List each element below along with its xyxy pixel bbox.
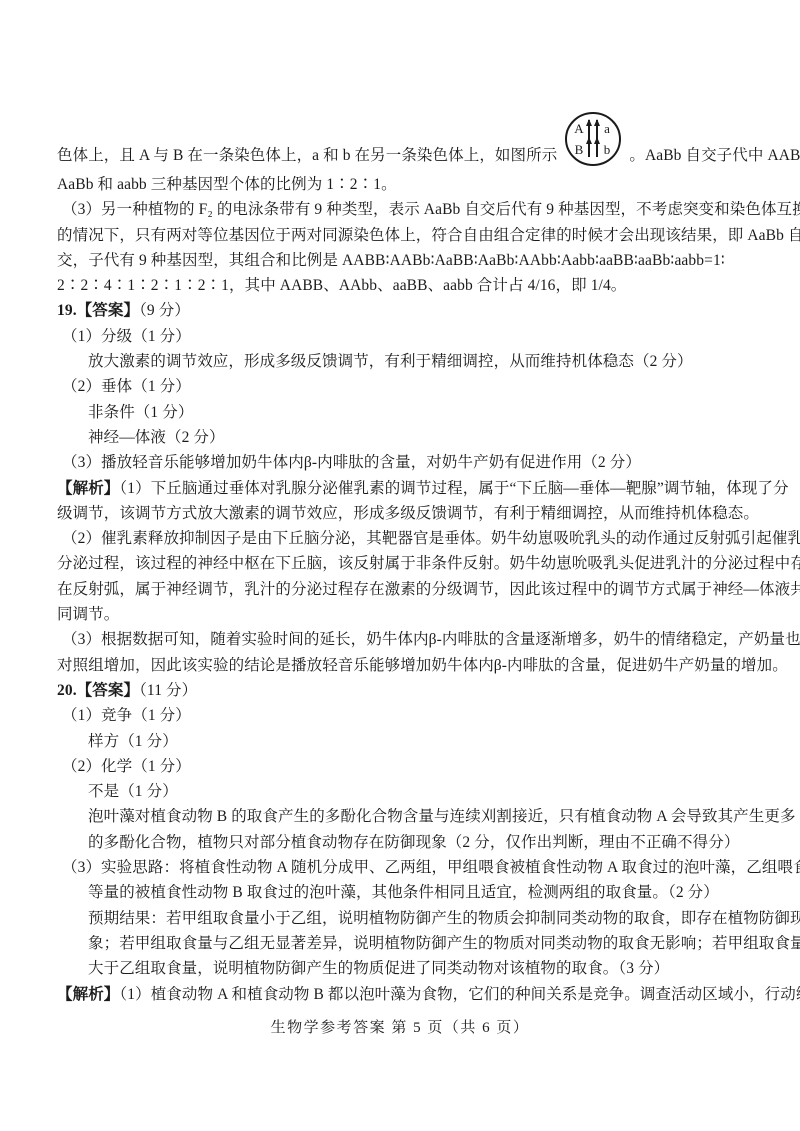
paragraph-line-with-diagram: 色体上，且 A 与 B 在一条染色体上，a 和 b 在另一条染色体上，如图所示 … [57, 110, 757, 168]
paragraph-line: 分泌过程，该过程的神经中枢在下丘脑，该反射属于非条件反射。奶牛幼崽吮吸乳头促进乳… [57, 551, 757, 576]
paragraph-line: 2∶2∶4∶1∶2∶1∶2∶1，其中 AABB、AAbb、aaBB、aabb 合… [57, 273, 757, 298]
paragraph-line: 预期结果：若甲组取食量小于乙组，说明植物防御产生的物质会抑制同类动物的取食，即存… [57, 906, 757, 931]
line-text: 色体上，且 A 与 B 在一条染色体上，a 和 b 在另一条染色体上，如图所示 [57, 144, 557, 168]
allele-label-a: a [604, 121, 610, 136]
paragraph-line: 样方（1 分） [57, 729, 757, 754]
document-content: 色体上，且 A 与 B 在一条染色体上，a 和 b 在另一条染色体上，如图所示 … [57, 110, 757, 1007]
document-page: 色体上，且 A 与 B 在一条染色体上，a 和 b 在另一条染色体上，如图所示 … [0, 0, 800, 1131]
paragraph-line: 不是（1 分） [57, 779, 757, 804]
paragraph-line: 的情况下，只有两对等位基因位于两对同源染色体上，符合自由组合定律的时候才会出现该… [57, 223, 757, 248]
allele-label-b: b [604, 142, 611, 157]
paragraph-line: （2）化学（1 分） [57, 754, 757, 779]
paragraph-line: （3）根据数据可知，随着实验时间的延长，奶牛体内β-内啡肽的含量逐渐增多，奶牛的… [57, 627, 757, 652]
section-label: 【解析】 [57, 986, 119, 1003]
paragraph-line: 泡叶藻对植食动物 B 的取食产生的多酚化合物含量与连续刈割接近，只有植食动物 A… [57, 804, 757, 829]
allele-label-A: A [575, 121, 585, 136]
section-label: 20.【答案】 [57, 682, 139, 699]
paragraph-line: 20.【答案】（11 分） [57, 678, 757, 703]
chromosome-cell-diagram: A B a b [563, 110, 623, 168]
page-footer: 生物学参考答案 第 5 页（共 6 页） [0, 1016, 800, 1037]
paragraph-line: 19.【答案】（9 分） [57, 298, 757, 323]
paragraph-line: 等量的被植食性动物 B 取食过的泡叶藻，其他条件相同且适宜，检测两组的取食量。（… [57, 880, 757, 905]
section-label: 19.【答案】 [57, 302, 139, 319]
paragraph-line: （1）竞争（1 分） [57, 703, 757, 728]
paragraph-line: 【解析】（1）下丘脑通过垂体对乳腺分泌催乳素的调节过程，属于“下丘脑—垂体—靶腺… [57, 476, 757, 501]
paragraph-line: （1）分级（1 分） [57, 324, 757, 349]
paragraph-line: 【解析】（1）植食动物 A 和植食动物 B 都以泡叶藻为食物，它们的种间关系是竞… [57, 982, 757, 1007]
paragraph-line: （2）垂体（1 分） [57, 374, 757, 399]
cell-diagram-svg: A B a b [563, 110, 623, 168]
paragraph-line: 级调节，该调节方式放大激素的调节效应，形成多级反馈调节，有利于精细调控，从而维持… [57, 501, 757, 526]
document-body: AaBb 和 aabb 三种基因型个体的比例为 1∶2∶1。（3）另一种植物的 … [57, 172, 757, 1007]
paragraph-line: 放大激素的调节效应，形成多级反馈调节，有利于精细调控，从而维持机体稳态（2 分） [57, 349, 757, 374]
allele-label-B: B [575, 142, 584, 157]
paragraph-line: 交，子代有 9 种基因型，其组合和比例是 AABB∶AABb∶AaBB∶AaBb… [57, 248, 757, 273]
section-label: 【解析】 [57, 480, 119, 497]
paragraph-line: 象；若甲组取食量与乙组无显著差异，说明植物防御产生的物质对同类动物的取食无影响；… [57, 931, 757, 956]
paragraph-line: （3）播放轻音乐能够增加奶牛体内β-内啡肽的含量，对奶牛产奶有促进作用（2 分） [57, 450, 757, 475]
paragraph-line: 同调节。 [57, 602, 757, 627]
paragraph-line: （3）实验思路：将植食性动物 A 随机分成甲、乙两组，甲组喂食被植食性动物 A … [57, 855, 757, 880]
paragraph-line: AaBb 和 aabb 三种基因型个体的比例为 1∶2∶1。 [57, 172, 757, 197]
paragraph-line: 神经—体液（2 分） [57, 425, 757, 450]
paragraph-line: （2）催乳素释放抑制因子是由下丘脑分泌，其靶器官是垂体。奶牛幼崽吸吮乳头的动作通… [57, 526, 757, 551]
paragraph-line: 非条件（1 分） [57, 400, 757, 425]
paragraph-line: 对照组增加，因此该实验的结论是播放轻音乐能够增加奶牛体内β-内啡肽的含量，促进奶… [57, 653, 757, 678]
line-text: 。AaBb 自交子代中 AABB、 [629, 144, 800, 168]
paragraph-line: 大于乙组取食量，说明植物防御产生的物质促进了同类动物对该植物的取食。（3 分） [57, 956, 757, 981]
paragraph-line: 在反射弧，属于神经调节，乳汁的分泌过程存在激素的分级调节，因此该过程中的调节方式… [57, 577, 757, 602]
paragraph-line: （3）另一种植物的 F₂ 的电泳条带有 9 种类型，表示 AaBb 自交后代有 … [57, 197, 757, 222]
paragraph-line: 的多酚化合物，植物只对部分植食动物存在防御现象（2 分，仅作出判断，理由不正确不… [57, 830, 757, 855]
